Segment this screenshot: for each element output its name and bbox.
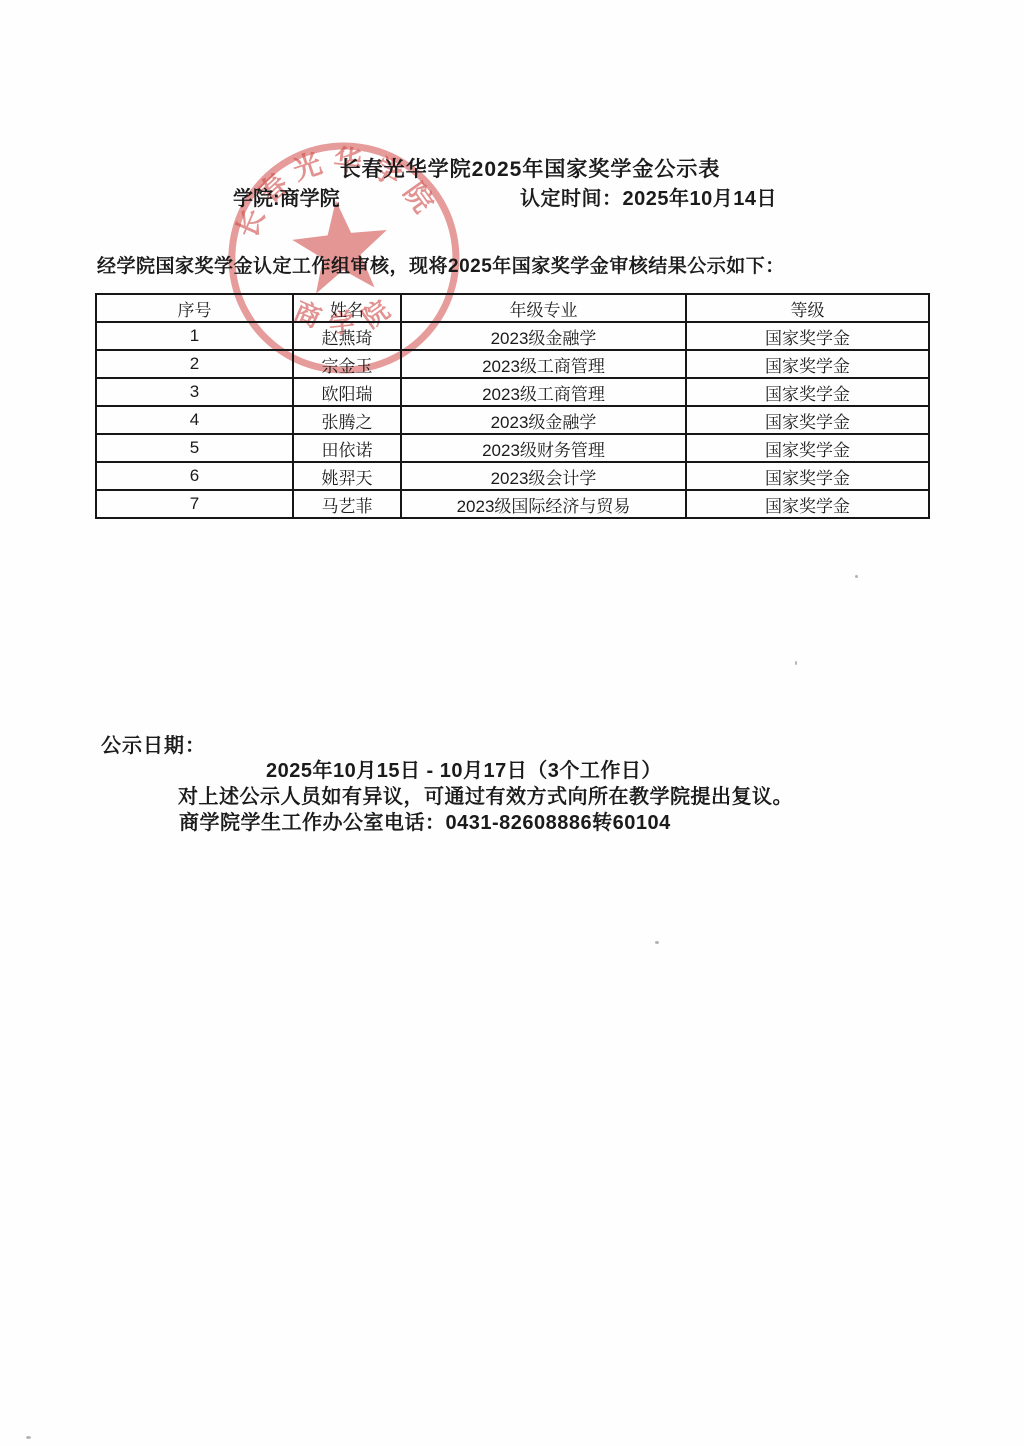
table-row: 5 田依诺 2023级财务管理 国家奖学金 (96, 434, 929, 462)
intro-text: 经学院国家奖学金认定工作组审核，现将2025年国家奖学金审核结果公示如下： (97, 251, 785, 278)
cell-name: 姚羿天 (293, 462, 401, 490)
publish-date-label: 公示日期： (101, 729, 206, 758)
table-header-row: 序号 姓名 年级专业 等级 (96, 294, 929, 322)
cell-name: 宗金玉 (293, 350, 401, 378)
cell-name: 田依诺 (293, 434, 401, 462)
table-row: 4 张腾之 2023级金融学 国家奖学金 (96, 406, 929, 434)
cell-level: 国家奖学金 (686, 490, 929, 518)
cell-level: 国家奖学金 (686, 406, 929, 434)
cell-name: 马艺菲 (293, 490, 401, 518)
col-header-index: 序号 (96, 294, 293, 322)
cell-index: 1 (96, 322, 293, 350)
col-header-level: 等级 (686, 294, 929, 322)
scan-speck (655, 941, 659, 944)
table-row: 3 欧阳瑞 2023级工商管理 国家奖学金 (96, 378, 929, 406)
contact-phone-line: 商学院学生工作办公室电话：0431-82608886转60104 (179, 806, 671, 835)
publish-date-range: 2025年10月15日 - 10月17日（3个工作日） (266, 754, 662, 783)
cell-level: 国家奖学金 (686, 378, 929, 406)
cell-index: 4 (96, 406, 293, 434)
cell-level: 国家奖学金 (686, 462, 929, 490)
document-page: 长春光华学院 商学院 长春光华学院2025年国家奖学金公示表 学院:商学院 认定… (0, 0, 1024, 1446)
cell-major: 2023级国际经济与贸易 (401, 490, 686, 518)
table-row: 1 赵燕琦 2023级金融学 国家奖学金 (96, 322, 929, 350)
cell-major: 2023级金融学 (401, 406, 686, 434)
cell-major: 2023级金融学 (401, 322, 686, 350)
confirm-time-label: 认定时间：2025年10月14日 (520, 182, 777, 211)
objection-note: 对上述公示人员如有异议，可通过有效方式向所在教学院提出复议。 (178, 780, 793, 809)
cell-level: 国家奖学金 (686, 322, 929, 350)
scan-speck (855, 575, 858, 578)
cell-index: 6 (96, 462, 293, 490)
cell-index: 2 (96, 350, 293, 378)
cell-name: 赵燕琦 (293, 322, 401, 350)
scan-speck (795, 661, 797, 665)
scan-speck (26, 1436, 31, 1439)
table-row: 7 马艺菲 2023级国际经济与贸易 国家奖学金 (96, 490, 929, 518)
cell-major: 2023级工商管理 (401, 350, 686, 378)
cell-name: 欧阳瑞 (293, 378, 401, 406)
page-title: 长春光华学院2025年国家奖学金公示表 (340, 153, 721, 183)
table-row: 2 宗金玉 2023级工商管理 国家奖学金 (96, 350, 929, 378)
cell-level: 国家奖学金 (686, 350, 929, 378)
table-row: 6 姚羿天 2023级会计学 国家奖学金 (96, 462, 929, 490)
cell-major: 2023级工商管理 (401, 378, 686, 406)
cell-index: 5 (96, 434, 293, 462)
col-header-major: 年级专业 (401, 294, 686, 322)
cell-name: 张腾之 (293, 406, 401, 434)
cell-major: 2023级会计学 (401, 462, 686, 490)
cell-index: 3 (96, 378, 293, 406)
cell-level: 国家奖学金 (686, 434, 929, 462)
cell-major: 2023级财务管理 (401, 434, 686, 462)
college-label: 学院:商学院 (233, 182, 340, 211)
col-header-name: 姓名 (293, 294, 401, 322)
scholarship-table: 序号 姓名 年级专业 等级 1 赵燕琦 2023级金融学 国家奖学金 2 宗金玉… (95, 293, 930, 519)
cell-index: 7 (96, 490, 293, 518)
